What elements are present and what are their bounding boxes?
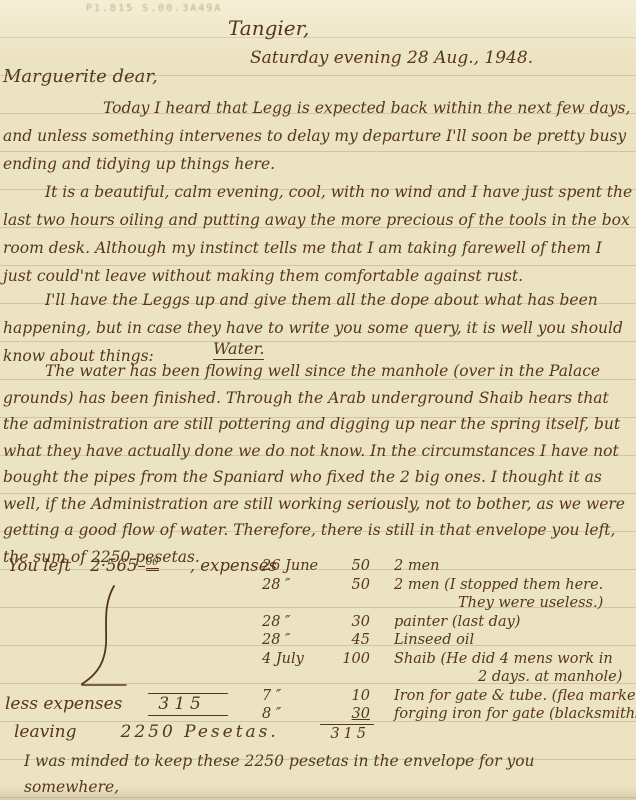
expense-row: 28 ″45Linseed oil [262, 631, 634, 650]
expense-date: 8 ″ [262, 705, 320, 724]
you-left-amount: 2·565– [90, 556, 146, 575]
leaving-line: leaving2250 Pesetas. [14, 722, 279, 742]
expense-amount: 10 [320, 687, 374, 706]
expense-desc: 2 men (I stopped them here. [394, 577, 603, 593]
salutation: Marguerite dear, [3, 66, 158, 87]
letter-page: P1.815 S.00.3A49A Tangier, Saturday even… [0, 0, 636, 800]
expense-row: 4 July100Shaib (He did 4 mens work in [262, 650, 634, 669]
expense-desc: painter (last day) [394, 614, 520, 630]
paragraph-2: It is a beautiful, calm evening, cool, w… [3, 178, 633, 290]
expense-row: 28 ″502 men (I stopped them here. [262, 576, 634, 595]
closing-line: I was minded to keep these 2250 pesetas … [24, 748, 630, 800]
letter-place: Tangier, [228, 16, 309, 40]
expense-amount: 30 [320, 705, 374, 724]
you-left-label: You left [8, 556, 71, 575]
expense-row: 26 June502 men [262, 557, 634, 576]
leaving-amount: 2250 Pesetas. [121, 722, 279, 742]
balance-brought-line: You left 2·565–00 , expenses [8, 556, 277, 575]
expense-desc: Iron for gate & tube. (flea market.) [394, 688, 636, 704]
expenses-total: 315 [320, 724, 374, 744]
expense-note: They were useless.) [458, 594, 634, 613]
expense-date: 28 ″ [262, 576, 320, 595]
letter-date: Saturday evening 28 Aug., 1948. [250, 48, 533, 68]
expense-date: 26 June [262, 557, 320, 576]
expense-desc: 2 men [394, 558, 440, 574]
water-heading: Water. [213, 339, 264, 360]
expense-date: 28 ″ [262, 631, 320, 650]
expense-note: 2 days. at manhole) [478, 668, 634, 687]
less-expenses-line: less expenses315 [5, 693, 228, 716]
leaving-label: leaving [14, 722, 77, 742]
expense-amount: 100 [320, 650, 374, 669]
expense-row: 8 ″30forging iron for gate (blacksmiths) [262, 705, 634, 724]
paragraph-1: Today I heard that Legg is expected back… [3, 94, 633, 178]
archive-stamp: P1.815 S.00.3A49A [86, 3, 222, 14]
less-expenses-amount: 315 [148, 693, 227, 716]
less-expenses-label: less expenses [5, 694, 122, 714]
expense-amount: 45 [320, 631, 374, 650]
expense-date: 28 ″ [262, 613, 320, 632]
expense-amount: 30 [320, 613, 374, 632]
expense-date: 7 ″ [262, 687, 320, 706]
you-left-cents: 00 [146, 557, 159, 571]
expense-desc: forging iron for gate (blacksmiths) [394, 706, 636, 722]
paragraph-4: The water has been flowing well since th… [3, 358, 633, 570]
expense-amount: 50 [320, 576, 374, 595]
expense-date: 4 July [262, 650, 320, 669]
expenses-table: 26 June502 men 28 ″502 men (I stopped th… [262, 557, 634, 743]
expense-desc: Shaib (He did 4 mens work in [394, 651, 613, 667]
brace-mark [80, 584, 130, 690]
expense-amount: 50 [320, 557, 374, 576]
expense-row: 28 ″30painter (last day) [262, 613, 634, 632]
expenses-total-row: 315 [262, 724, 634, 744]
expense-row: 7 ″10Iron for gate & tube. (flea market.… [262, 687, 634, 706]
expense-desc: Linseed oil [394, 632, 474, 648]
